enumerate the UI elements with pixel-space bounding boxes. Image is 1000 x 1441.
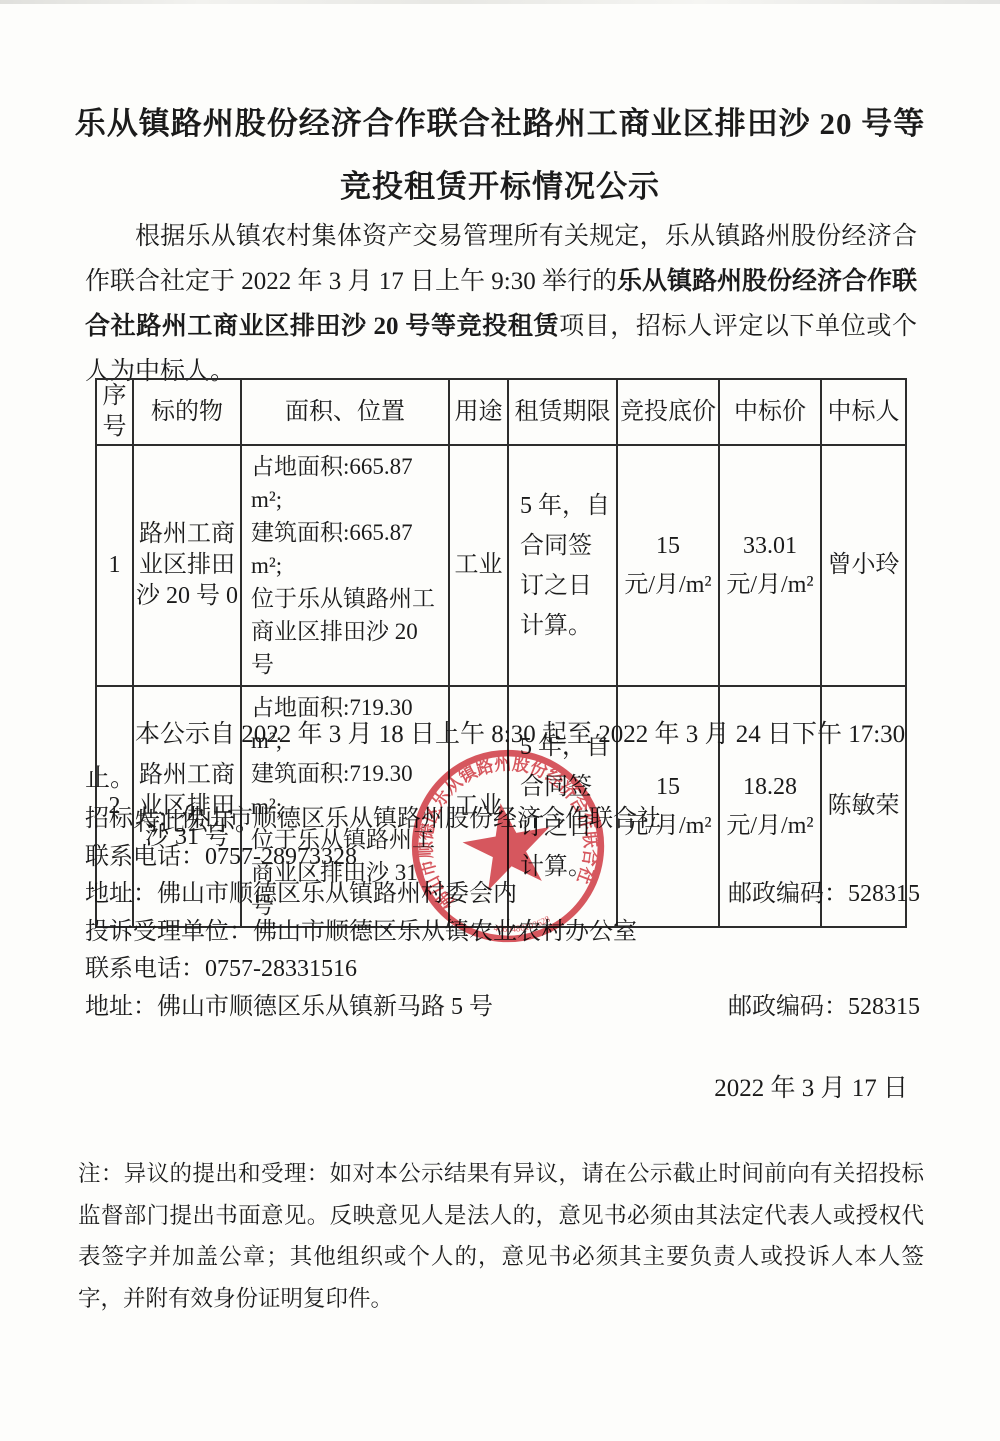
base-price-value: 15 (618, 527, 718, 566)
area-line: 建筑面积:665.87 m²; (251, 516, 444, 582)
header-seq: 序号 (96, 379, 133, 445)
header-lease-term: 租赁期限 (508, 379, 617, 445)
complaint-unit-line: 投诉受理单位：佛山市顺德区乐从镇农业农村办公室 (85, 914, 920, 952)
table-row: 1 路州工商业区排田沙 20 号 0 占地面积:665.87 m²; 建筑面积:… (96, 445, 906, 686)
base-price-unit: 元/月/m² (618, 566, 718, 605)
document-title: 乐从镇路州股份经济合作联合社路州工商业区排田沙 20 号等 竞投租赁开标情况公示 (60, 92, 940, 218)
postcode-1: 邮政编码：528315 (728, 876, 920, 914)
address-line-1: 地址：佛山市顺德区乐从镇路州村委会内 邮政编码：528315 (85, 876, 920, 914)
publicity-period-text: 本公示自 2022 年 3 月 18 日上午 8:30 起至 2022 年 3 … (85, 713, 917, 801)
table-header-row: 序号 标的物 面积、位置 用途 租赁期限 竞投底价 中标价 中标人 (96, 379, 906, 445)
cell-base-price: 15 元/月/m² (617, 445, 719, 686)
area-line: 位于乐从镇路州工商业区排田沙 20 号 (251, 586, 435, 677)
cell-usage: 工业 (449, 445, 508, 686)
phone-line-2: 联系电话：0757-28331516 (85, 951, 920, 989)
contact-info: 招标人：佛山市顺德区乐从镇路州股份经济合作联合社 联系电话：0757-28973… (85, 801, 920, 1026)
header-winner: 中标人 (821, 379, 906, 445)
header-area-location: 面积、位置 (241, 379, 449, 445)
phone-line-1: 联系电话：0757-28973328 (85, 839, 920, 877)
objection-note: 注：异议的提出和受理：如对本公示结果有异议，请在公示截止时间前向有关招投标监督部… (78, 1153, 924, 1319)
title-line-1: 乐从镇路州股份经济合作联合社路州工商业区排田沙 20 号等 (60, 92, 940, 155)
postcode-2: 邮政编码：528315 (728, 989, 920, 1027)
area-line: 占地面积:665.87 m²; (251, 450, 444, 516)
address-line-2: 地址：佛山市顺德区乐从镇新马路 5 号 邮政编码：528315 (85, 989, 920, 1027)
cell-winner: 曾小玲 (821, 445, 906, 686)
notice-document: 乐从镇路州股份经济合作联合社路州工商业区排田沙 20 号等 竞投租赁开标情况公示… (0, 0, 1000, 1441)
cell-subject: 路州工商业区排田沙 20 号 0 (133, 445, 241, 686)
winning-price-unit: 元/月/m² (720, 566, 820, 605)
cell-area-location: 占地面积:665.87 m²; 建筑面积:665.87 m²; 位于乐从镇路州工… (241, 445, 449, 686)
cell-lease-term: 5 年，自合同签订之日计算。 (508, 445, 617, 686)
title-line-2: 竞投租赁开标情况公示 (60, 155, 940, 218)
header-subject: 标的物 (133, 379, 241, 445)
header-winning-price: 中标价 (719, 379, 821, 445)
header-usage: 用途 (449, 379, 508, 445)
cell-winning-price: 33.01 元/月/m² (719, 445, 821, 686)
intro-paragraph: 根据乐从镇农村集体资产交易管理所有关规定，乐从镇路州股份经济合作联合社定于 20… (85, 214, 917, 394)
winning-price-value: 33.01 (720, 527, 820, 566)
bidder-line: 招标人：佛山市顺德区乐从镇路州股份经济合作联合社 (85, 801, 920, 839)
address-1: 地址：佛山市顺德区乐从镇路州村委会内 (85, 876, 517, 914)
scan-edge-artifact (0, 0, 1000, 4)
cell-seq: 1 (96, 445, 133, 686)
header-base-price: 竞投底价 (617, 379, 719, 445)
notice-date: 2022 年 3 月 17 日 (714, 1068, 908, 1104)
address-2: 地址：佛山市顺德区乐从镇新马路 5 号 (85, 989, 493, 1027)
